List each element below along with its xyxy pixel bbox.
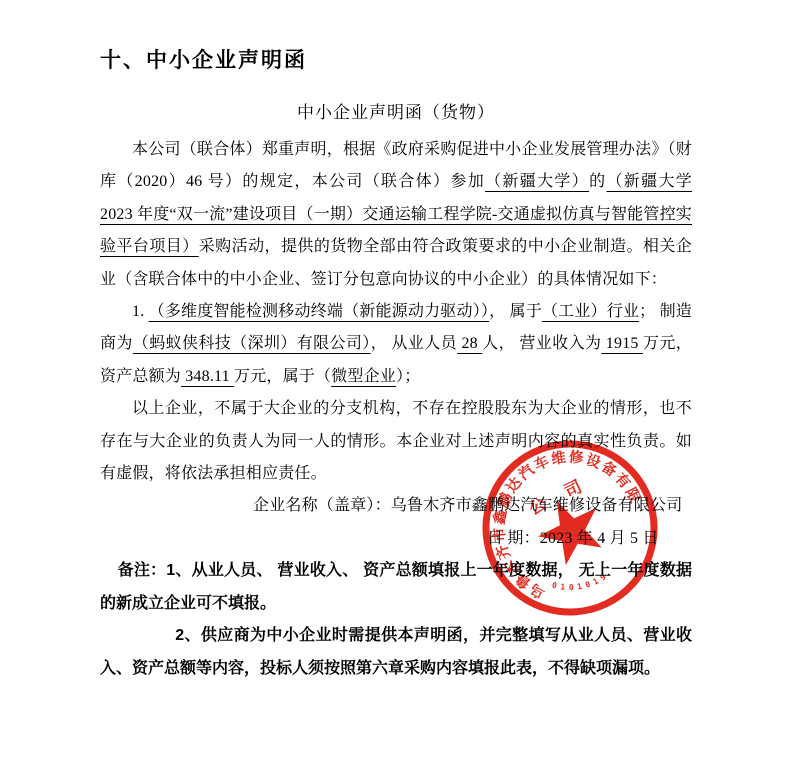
text-segment: ）； xyxy=(396,368,420,385)
section-heading: 十、中小企业声明函 xyxy=(100,44,692,74)
revenue-field: 1915 xyxy=(601,335,643,352)
text-segment: 的 xyxy=(589,173,606,190)
text-segment: 人， 营业收入为 xyxy=(482,335,601,352)
assets-field: 348.11 xyxy=(181,368,234,385)
note-2: 2、供应商为中小企业时需提供本声明函，并完整填写从业人员、营业收入、资产总额等内… xyxy=(100,620,692,685)
paragraph-declaration: 本公司（联合体）郑重声明，根据《政府采购促进中小企业发展管理办法》（财库（202… xyxy=(100,134,692,296)
company-signature-line: 企业名称（盖章）：乌鲁木齐市鑫鹏达汽车维修设备有限公司 xyxy=(100,490,692,522)
date-line: 日 期：2023 年 4 月 5 日 xyxy=(100,523,692,555)
document-title: 中小企业声明函（货物） xyxy=(100,98,692,123)
document-body: 本公司（联合体）郑重声明，根据《政府采购促进中小企业发展管理办法》（财库（202… xyxy=(100,134,692,555)
text-segment: ， 属于 xyxy=(489,303,542,320)
note-1: 备注：1、从业人员、 营业收入、 资产总额填报上一年度数据， 无上一年度数据的新… xyxy=(100,555,692,620)
notes-section: 备注：1、从业人员、 营业收入、 资产总额填报上一年度数据， 无上一年度数据的新… xyxy=(100,555,692,685)
product-name-field: （多维度智能检测移动终端（新能源动力驱动）） xyxy=(149,303,490,320)
document-content: 十、中小企业声明函 中小企业声明函（货物） 本公司（联合体）郑重声明，根据《政府… xyxy=(100,44,692,685)
employees-field: 28 xyxy=(457,335,482,352)
manufacturer-field: （蚂蚁侠科技（深圳）有限公司） xyxy=(133,335,371,352)
text-segment: 万元，属于（ xyxy=(234,368,331,385)
paragraph-commitment: 以上企业，不属于大企业的分支机构，不存在控股股东为大企业的情形，也不存在与大企业… xyxy=(100,393,692,490)
item-number: 1. xyxy=(132,303,149,320)
text-segment: ， 从业人员 xyxy=(371,335,457,352)
enterprise-type-field: 微型企业 xyxy=(331,368,396,385)
industry-field: （工业）行业 xyxy=(542,303,639,320)
purchaser-name-field: （新疆大学） xyxy=(485,173,589,190)
document-page: 十、中小企业声明函 中小企业声明函（货物） 本公司（联合体）郑重声明，根据《政府… xyxy=(0,0,788,762)
paragraph-item-1: 1. （多维度智能检测移动终端（新能源动力驱动））， 属于（工业）行业； 制造商… xyxy=(100,296,692,393)
